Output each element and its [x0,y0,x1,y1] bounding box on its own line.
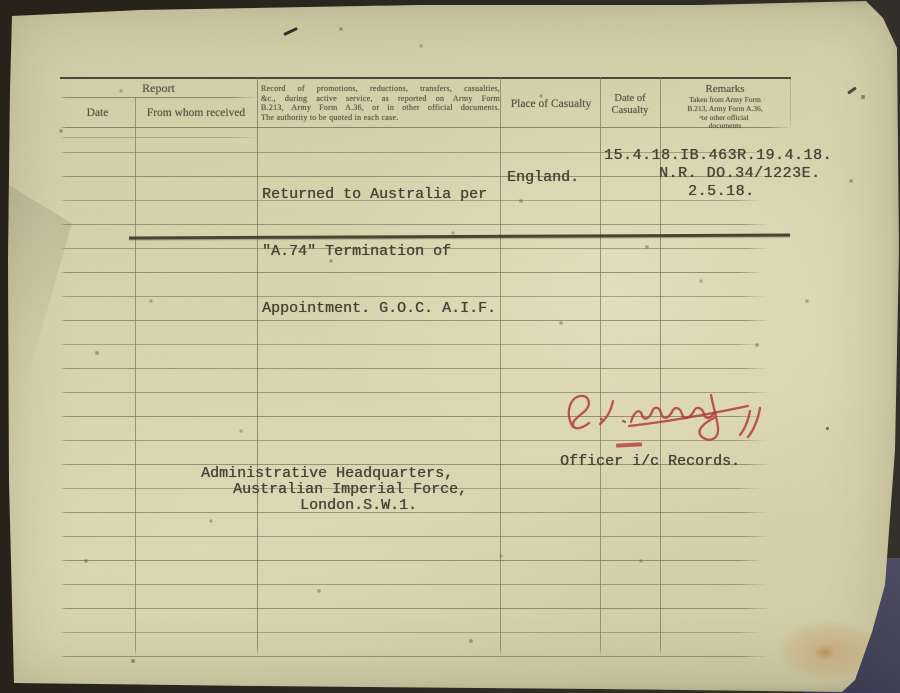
record-note-line: The authority to be quoted in each case. [261,113,500,123]
remarks-column-header: Remarks [660,83,790,95]
remarks-column-subheader: Taken from Army Form B.213, Army Form A.… [660,96,790,131]
paper-stain-small [814,645,836,660]
address-line: Australian Imperial Force, [233,481,467,498]
record-entry-line: "A.74" Termination of [262,242,496,261]
remarks-value-line: 2.5.18. [688,183,755,200]
paper-speckles [0,0,2,2]
record-entry-line: Appointment. G.O.C. A.I.F. [262,299,496,318]
table-column-line [660,77,661,657]
date-column-header: Date [60,107,135,119]
place-of-casualty-value: England. [507,169,579,186]
remarks-value-line: 15.4.18.IB.463R.19.4.18. [604,147,832,164]
table-row-line [60,608,770,609]
table-row-line [60,368,768,369]
date-of-casualty-column-header: Date of Casualty [600,93,660,117]
table-row-line [60,656,768,657]
table-column-line [135,98,136,657]
officer-in-charge-label: Officer i/c Records. [560,453,740,470]
table-row-line [60,536,772,537]
form-page: Report Date From whom received Record of… [0,0,900,693]
table-column-line [600,77,601,657]
small-dot-mark [826,427,829,430]
date-of-casualty-line: Date of [600,93,660,105]
record-entry-text: Returned to Australia per "A.74" Termina… [262,147,496,356]
table-row-line [60,560,764,561]
scanned-document: Report Date From whom received Record of… [0,0,900,693]
table-row-line [60,137,257,138]
address-line: London.S.W.1. [300,497,417,514]
table-column-line [257,77,258,657]
record-column-header: Record of promotions, reductions, transf… [261,84,500,122]
table-column-line [500,77,501,657]
record-entry-line: Returned to Australia per [262,185,496,204]
table-row-line [60,632,762,633]
table-row-line [60,97,257,98]
table-row-line [60,77,791,79]
remarks-value-line: N.R. DO.34/1223E. [659,165,821,182]
remarks-note-line: documents [660,122,790,131]
record-note-line: Record of promotions, reductions, transf… [261,84,500,94]
from-whom-column-header: From whom received [135,107,257,119]
date-of-casualty-line: Casualty [600,105,660,117]
report-column-group-header: Report [60,81,257,96]
record-note-line: &c., during active service, as reported … [261,94,500,104]
place-of-casualty-column-header: Place of Casualty [502,98,600,110]
address-line: Administrative Headquarters, [201,465,453,482]
record-note-line: B.213, Army Form A.36, or in other offic… [261,103,500,113]
red-ink-signature [545,385,775,455]
table-column-line [790,78,791,128]
